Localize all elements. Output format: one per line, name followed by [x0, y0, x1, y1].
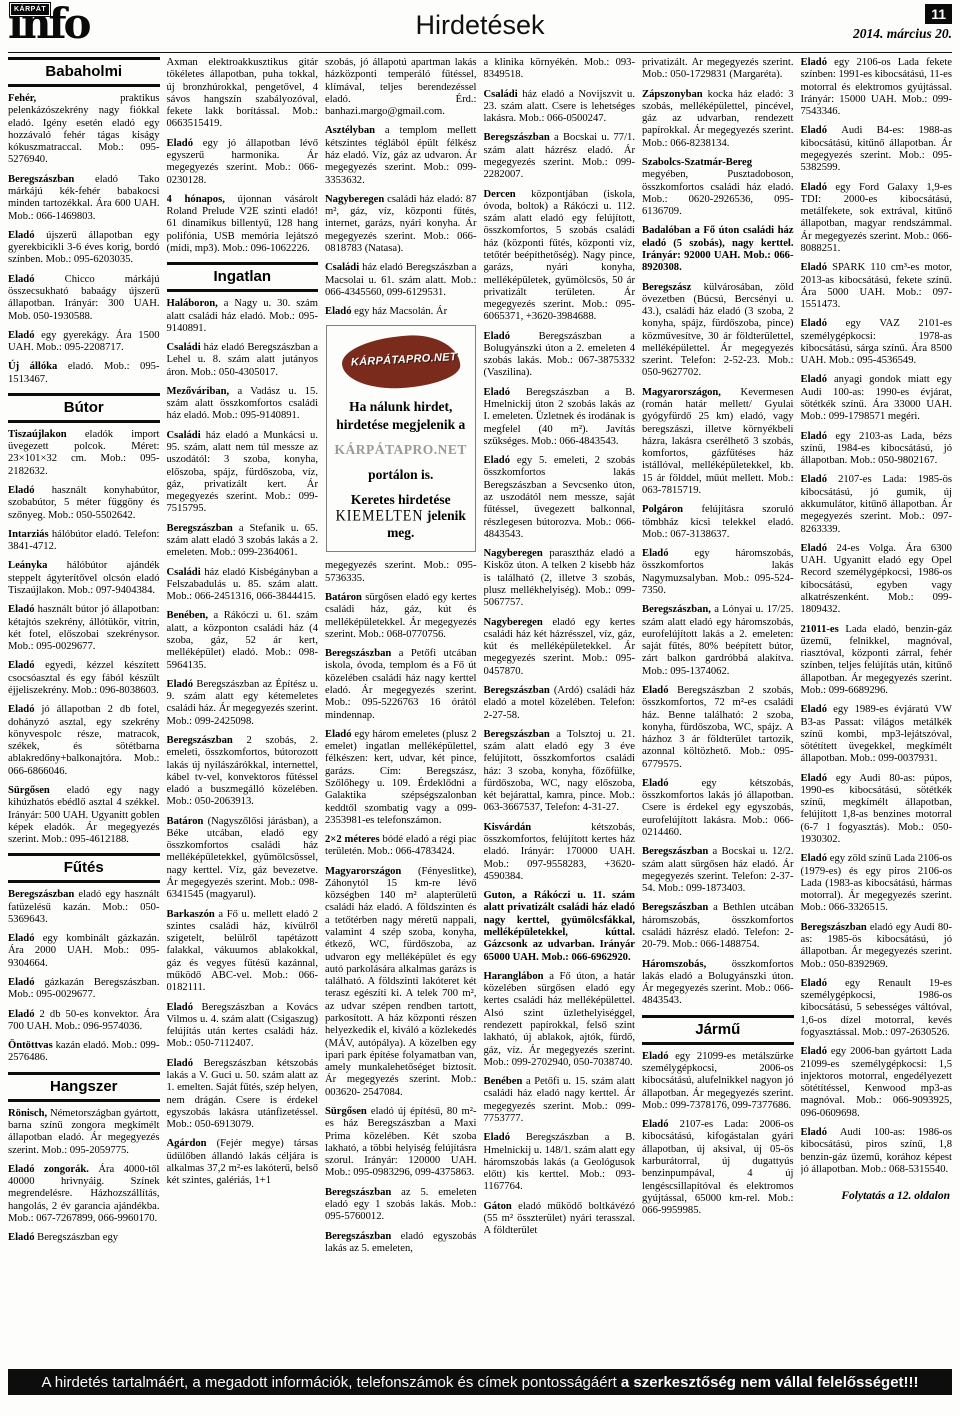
ad-lead-word: Haranglábon: [484, 971, 550, 982]
classified-ad: Badalóban a Fő úton családi ház eladó (5…: [642, 225, 794, 274]
classified-ad: Eladó egy háromszobás, összkomfortos lak…: [642, 548, 794, 597]
classified-ad: Sürgősen eladó egy nagy kihúzhatós ebédl…: [8, 785, 160, 846]
classified-ad: Nagyberegen családi ház eladó: 87 m², gá…: [325, 194, 477, 255]
ad-lead-word: Beregszászban: [167, 735, 247, 746]
classified-ad: Eladó egy zöld színű Lada 2106-os (1979-…: [801, 853, 953, 914]
column-6: Eladó egy 2106-os Lada fekete színben: 1…: [801, 57, 953, 1367]
ad-lead-word: Eladó: [325, 306, 354, 317]
classified-ad: Családi ház eladó Beregszászban a Lehel …: [167, 342, 319, 379]
classified-ad: Magyarországon (Fényeslitke), Záhonytól …: [325, 866, 477, 1099]
ad-lead-word: Eladó: [167, 1002, 202, 1013]
ad-lead-word: Eladó: [167, 679, 197, 690]
classified-ad: Eladó anyagi gondok miatt egy Audi 100-a…: [801, 374, 953, 423]
classified-ad: Beregszászban az 5. emeleten eladó egy 1…: [325, 1187, 477, 1224]
ad-lead-word: Eladó: [325, 729, 354, 740]
classified-ad: Axman elektroakkusztikus gitár tökéletes…: [167, 57, 319, 131]
ad-lead-word: Beregszászban: [8, 889, 78, 900]
classified-ad: Magyarországon, Kevermesen (román határ …: [642, 387, 794, 498]
classified-ad: Eladó 2107-es Lada: 2006-os kibocsátású,…: [642, 1119, 794, 1217]
header-right: 11 2014. március 20.: [782, 2, 952, 42]
classified-ad: a klinika környékén. Mob.: 093-8349518.: [484, 57, 636, 82]
ad-lead-word: Beregszászban: [484, 685, 554, 696]
promo-keretes-line1: Keretes hirdetése: [330, 492, 472, 508]
classified-ad: Öntöttvas kazán eladó. Mob.: 099-2576486…: [8, 1040, 160, 1065]
ad-lead-word: Beregszász: [642, 282, 704, 293]
ad-lead-word: Nagyberegen: [484, 548, 550, 559]
ad-lead-word: Eladó: [484, 387, 526, 398]
classified-ad: Eladó használt bútor jó állapotban: kéta…: [8, 604, 160, 653]
ad-lead-word: Nagyberegen: [484, 617, 553, 628]
column-1: BabaholmiFehér, praktikus pelenkázószekr…: [8, 57, 160, 1367]
classified-ad: Gáton eladó működő boltkávézó (55 m² öss…: [484, 1201, 636, 1238]
classified-ad: Eladó Beregszászban egy: [8, 1232, 160, 1244]
classified-ad: Eladó használt konyhabútor, szobabútor, …: [8, 485, 160, 522]
classified-ad: Eladó Beregszászban a Kovács Vilmos u. 4…: [167, 1002, 319, 1051]
section-header-fts: Fűtés: [8, 853, 160, 883]
classified-ad: Eladó Beregszászban az Építész u. 9. szá…: [167, 679, 319, 728]
ad-lead-word: Eladó: [484, 1132, 526, 1143]
promo-kiemelten: KIEMELTEN: [336, 508, 424, 526]
promo-portal-line: portálon is.: [330, 467, 472, 483]
ad-lead-word: Barkaszón: [167, 909, 219, 920]
classified-ad: Eladó SPARK 110 cm³-es motor, 2013-as ki…: [801, 262, 953, 311]
page-title: Hirdetések: [178, 2, 782, 41]
classified-ad: Nagyberegen eladó egy kertes családi ház…: [484, 617, 636, 678]
ad-lead-word: Eladó: [8, 933, 43, 944]
continuation-note: Folytatás a 12. oldalon: [801, 1190, 953, 1202]
classified-ad: szobás, jó állapotú apartman lakás házkö…: [325, 57, 477, 118]
classified-ad: Beregszászban a Stefanik u. 65. szám ala…: [167, 523, 319, 560]
classified-ad: Eladó egy 1989-es évjáratú VW B3-as Pass…: [801, 704, 953, 765]
karpatapro-logo-text: KÁRPÁTAPRO.NET: [349, 351, 457, 369]
ad-lead-word: Dercen: [484, 189, 532, 200]
ad-lead-word: Beregszászban: [325, 1187, 401, 1198]
ad-lead-word: Eladó zongorák.: [8, 1164, 98, 1175]
ad-lead-word: Eladó: [642, 1119, 680, 1130]
classified-ad: Beregszászban eladó Tako márkájú kék-feh…: [8, 174, 160, 223]
ad-lead-word: Eladó: [801, 125, 842, 136]
ad-lead-word: Eladó: [167, 138, 203, 149]
ad-lead-word: Családi: [167, 430, 206, 441]
classified-ad: Beregszászban a Petőfi utcában iskola, ó…: [325, 648, 477, 722]
disclaimer-bar: A hirdetés tartalmáért, a megadott infor…: [8, 1369, 952, 1395]
classified-ad: Eladó egy három emeletes (plusz 2 emelet…: [325, 729, 477, 827]
classified-ad: Eladó Audi 100-as: 1986-os kibocsátású, …: [801, 1127, 953, 1176]
ad-lead-word: Leányka: [8, 560, 67, 571]
promo-headline: Ha nálunk hirdet,hirdetése megjelenik a: [330, 398, 472, 433]
classified-ad: Agárdon (Fejér megye) társas üdülőben ál…: [167, 1138, 319, 1187]
ad-lead-word: Sürgősen: [8, 785, 67, 796]
classified-ad: Új állóka eladó. Mob.: 095-1513467.: [8, 361, 160, 386]
ad-lead-word: Guton,: [484, 890, 522, 901]
classified-ad: Eladó egy Audi 80-as: púpos, 1990-es kib…: [801, 773, 953, 847]
classified-ad: Eladó egy 21099-es metálszürke személygé…: [642, 1051, 794, 1112]
ad-lead-word: Eladó: [801, 1127, 840, 1138]
ad-lead-word: Intarziás: [8, 529, 52, 540]
ad-lead-word: Családi: [484, 89, 523, 100]
classified-ad: Családi ház eladó a Munkácsi u. 95. szám…: [167, 430, 319, 516]
classified-ad: Fehér, praktikus pelenkázószekrény nagy …: [8, 93, 160, 167]
classified-ad: Eladó egy 5. emeleti, 2 szobás összkomfo…: [484, 455, 636, 541]
classified-ad: Családi ház eladó a Novijszvit u. 23. sz…: [484, 89, 636, 126]
ad-lead-word: Eladó: [167, 1058, 204, 1069]
ad-lead-word: Beregszászban: [484, 729, 557, 740]
classified-ad: Eladó egy kombinált gázkazán. Ára 2000 U…: [8, 933, 160, 970]
ad-lead-word: Eladó: [801, 374, 834, 385]
classified-ad: Beregszászban eladó egyszobás lakás az 5…: [325, 1231, 477, 1256]
ad-lead-word: Öntöttvas: [8, 1040, 56, 1051]
ad-lead-word: Eladó: [8, 485, 52, 496]
classified-ad: 21011-es Lada eladó, benzin-gáz üzemű, f…: [801, 624, 953, 698]
classified-ad: Dercen központjában (iskola, óvoda, bolt…: [484, 189, 636, 324]
classified-ad: Eladó Beregszászban kétszobás lakás a V.…: [167, 1058, 319, 1132]
classified-ad: Zápszonyban kocka ház eladó: 3 szobás, m…: [642, 89, 794, 150]
classified-ad: Beregszászban a Bocskai u. 77/1. szám al…: [484, 132, 636, 181]
ad-lead-word: Eladó: [8, 604, 38, 615]
disclaimer-text: A hirdetés tartalmáért, a megadott infor…: [41, 1374, 620, 1391]
classified-ad: Eladó egyedi, kézzel készített csocsóasz…: [8, 660, 160, 697]
section-header-hangszer: Hangszer: [8, 1072, 160, 1102]
classified-ad: Eladó Beregszászban a Bolugyánszki úton …: [484, 331, 636, 380]
classified-ad: Beregszászban, a Lónyai u. 17/25. szám a…: [642, 604, 794, 678]
page-number: 11: [925, 4, 952, 24]
promo-keretes-line2: KIEMELTEN jelenik meg.: [330, 508, 472, 542]
ad-lead-word: Eladó: [642, 778, 701, 789]
classified-ad: Batáron (Nagyszőlősi járásban), a Béke u…: [167, 816, 319, 902]
ad-lead-word: Szabolcs-Szatmár-Bereg: [642, 157, 752, 168]
ad-lead-word: Polgáron: [642, 504, 701, 515]
classified-ad: Eladó zongorák. Ára 4000-től 40000 hrivn…: [8, 1164, 160, 1225]
classified-ad: Eladó újszerű állapotban egy gyerekbicik…: [8, 230, 160, 267]
ad-lead-word: 2×2 méteres: [325, 834, 383, 845]
column-3: szobás, jó állapotú apartman lakás házkö…: [325, 57, 477, 1367]
classified-ad: Eladó Audi B4-es: 1988-as kibocsátású, k…: [801, 125, 953, 174]
ad-lead-word: Eladó: [801, 474, 839, 485]
ad-lead-word: Asztélyban: [325, 125, 385, 136]
classified-ad: megegyezés szerint. Mob.: 095-5736335.: [325, 560, 477, 585]
ad-lead-word: Eladó: [801, 853, 830, 864]
ad-lead-word: Eladó: [642, 1051, 675, 1062]
disclaimer-bold: a szerkesztőség nem vállal felelősséget!…: [621, 1374, 919, 1391]
classifieds-columns: BabaholmiFehér, praktikus pelenkázószekr…: [8, 53, 952, 1367]
ad-lead-word: Beregszászban: [325, 648, 399, 659]
classified-ad: Tiszaújlakon eladók import üvegezett pol…: [8, 429, 160, 478]
ad-lead-word: Magyarországon,: [642, 387, 741, 398]
karpatapro-promo-box: KÁRPÁTAPRO.NETHa nálunk hirdet,hirdetése…: [326, 325, 476, 552]
classified-ad: 4 hónapos, újonnan vásárolt Roland Prelu…: [167, 194, 319, 255]
classified-ad: Eladó Chicco márkájú összecsukható babaá…: [8, 274, 160, 323]
ad-lead-word: Családi: [167, 567, 205, 578]
classified-ad: Háromszobás, összkomfortos lakás eladó a…: [642, 959, 794, 1008]
ad-lead-word: Batáron: [167, 816, 208, 827]
ad-lead-word: Sürgősen: [325, 1106, 371, 1117]
column-2: Axman elektroakkusztikus gitár tökéletes…: [167, 57, 319, 1367]
classified-ad: Eladó 2107-es Lada: 1985-ös kibocsátású,…: [801, 474, 953, 535]
classified-ad: Beregszászban a Tolsztoj u. 21. szám ala…: [484, 729, 636, 815]
classified-ad: Eladó Beregszászban a B. Hmelnickij u. 1…: [484, 1132, 636, 1193]
ad-lead-word: Eladó: [8, 977, 45, 988]
ad-lead-word: Agárdon: [167, 1138, 217, 1149]
classified-ad: Eladó egy 2103-as Lada, bézs színű, 1984…: [801, 431, 953, 468]
classified-ad: Barkaszón a Fő u. mellett eladó 2 szinte…: [167, 909, 319, 995]
classified-ad: Családi ház eladó Beregszászban a Macsol…: [325, 262, 477, 299]
classified-ad: Eladó Beregszászban 2 szobás, összkomfor…: [642, 685, 794, 771]
karpatinfo-logo: info KÁRPÁT: [8, 2, 178, 44]
classified-ad: Polgáron felújításra szoruló tömbház kic…: [642, 504, 794, 541]
ad-lead-word: Mezőváriban,: [167, 386, 238, 397]
ad-lead-word: Benében,: [167, 610, 214, 621]
ad-lead-word: Beregszászban: [484, 132, 555, 143]
issue-date: 2014. március 20.: [782, 26, 952, 42]
classified-ad: Beregszászban eladó egy használt fatüzel…: [8, 889, 160, 926]
ad-lead-word: Eladó: [8, 274, 65, 285]
classified-ad: Asztélyban a templom mellett kétszintes …: [325, 125, 477, 186]
classified-ad: Családi ház eladó Kisbégányban a Felszab…: [167, 567, 319, 604]
classified-ad: Eladó egy 2006-ban gyártott Lada 21099-e…: [801, 1046, 953, 1120]
classified-ad: Eladó egy jó állapotban lévő egyszerű ha…: [167, 138, 319, 187]
classified-ad: Eladó egy 2106-os Lada fekete színben: 1…: [801, 57, 953, 118]
classified-ad: Intarziás hálóbútor eladó. Telefon: 3841…: [8, 529, 160, 554]
classified-ad: Beregszászban (Ardó) családi ház eladó a…: [484, 685, 636, 722]
classified-ad: Eladó Beregszászban a B. Hmelnickij úton…: [484, 387, 636, 448]
classified-ad: Haláboron, a Nagy u. 30. szám alatt csal…: [167, 298, 319, 335]
ad-lead-word: Eladó: [801, 1046, 831, 1057]
classified-ad: Rönisch, Németországban gyártott, barna …: [8, 1108, 160, 1157]
ad-lead-word: Beregszászban,: [642, 604, 714, 615]
ad-lead-word: 4 hónapos,: [167, 194, 238, 205]
ad-lead-word: 21011-es: [801, 624, 846, 635]
ad-lead-word: Beregszászban: [8, 174, 95, 185]
ad-lead-word: Rönisch,: [8, 1108, 50, 1119]
ad-lead-word: Eladó: [801, 318, 846, 329]
ad-lead-word: Eladó: [8, 1009, 40, 1020]
ad-lead-word: Családi: [325, 262, 362, 273]
ad-lead-word: Magyarországon: [325, 866, 418, 877]
ad-lead-word: Beregszászban: [167, 523, 239, 534]
classified-ad: Haranglábon a Fő úton, a határ közelében…: [484, 971, 636, 1069]
ad-lead-word: Beregszászban: [801, 922, 870, 933]
classified-ad: Nagyberegen parasztház eladó a Kisköz út…: [484, 548, 636, 609]
promo-site-name: KÁRPÁTAPRO.NET: [330, 442, 472, 458]
ad-lead-word: Eladó: [801, 704, 834, 715]
ad-lead-word: Eladó: [801, 182, 836, 193]
classified-ad: Benében, a Rákóczi u. 61. szám alatt, a …: [167, 610, 319, 671]
classified-ad: Guton, a Rákóczi u. 11. szám alatt priva…: [484, 890, 636, 964]
classified-ad: Beregszászban a Bocskai u. 12/2. szám al…: [642, 846, 794, 895]
ad-lead-word: Új állóka: [8, 361, 68, 372]
ad-lead-word: Tiszaújlakon: [8, 429, 85, 440]
ad-lead-word: Eladó: [484, 331, 539, 342]
section-header-btor: Bútor: [8, 393, 160, 423]
ad-lead-word: Kisvárdán: [484, 822, 592, 833]
ad-lead-word: Családi: [167, 342, 204, 353]
classified-ad: Beregszászban a Bethlen utcában háromszo…: [642, 902, 794, 951]
ad-lead-word: Eladó: [801, 978, 845, 989]
ad-lead-word: Eladó: [801, 431, 836, 442]
ad-lead-word: Haláboron,: [167, 298, 224, 309]
ad-lead-word: Eladó: [8, 704, 41, 715]
ad-lead-word: Nagyberegen: [325, 194, 387, 205]
classified-ad: privatizált. Ár megegyezés szerint. Mob.…: [642, 57, 794, 82]
classified-ad: Eladó egy kétszobás, összkomfortos lakás…: [642, 778, 794, 839]
newspaper-page: info KÁRPÁT Hirdetések 11 2014. március …: [4, 0, 956, 1412]
classified-ad: Benében a Petőfi u. 15. szám alatt csalá…: [484, 1076, 636, 1125]
column-5: privatizált. Ár megegyezés szerint. Mob.…: [642, 57, 794, 1367]
section-header-jrm: Jármű: [642, 1015, 794, 1045]
karpatapro-map-logo: KÁRPÁTAPRO.NET: [340, 333, 461, 391]
classified-ad: Batáron sürgősen eladó egy kertes család…: [325, 592, 477, 641]
ad-lead-word: Benében: [484, 1076, 526, 1087]
ad-lead-word: Eladó: [801, 262, 833, 273]
classified-ad: 2×2 méteres bódé eladó a régi piac terül…: [325, 834, 477, 859]
ad-lead-word: Eladó: [801, 543, 837, 554]
classified-ad: Eladó 2 db 50-es konvektor. Ára 700 UAH.…: [8, 1009, 160, 1034]
ad-lead-word: Eladó: [642, 548, 694, 559]
ad-lead-word: Eladó: [801, 57, 835, 68]
classified-ad: Eladó jó állapotban 2 db fotel, dohányzó…: [8, 704, 160, 778]
classified-ad: Sürgősen eladó új építésű, 80 m²-es ház …: [325, 1106, 477, 1180]
classified-ad: Beregszászban eladó egy Audi 80-as: 1985…: [801, 922, 953, 971]
section-header-ingatlan: Ingatlan: [167, 262, 319, 292]
classified-ad: Mezőváriban, a Vadász u. 15. szám alatt …: [167, 386, 319, 423]
ad-lead-word: Beregszászban: [642, 902, 713, 913]
classified-ad: Kisvárdán kétszobás, összkomfortos, felú…: [484, 822, 636, 883]
classified-ad: Eladó egy Renault 19-es személygépkocsi,…: [801, 978, 953, 1039]
ad-lead-word: Háromszobás,: [642, 959, 732, 970]
ad-lead-word: Eladó: [8, 330, 41, 341]
classified-ad: Eladó 24-es Volga. Ára 6300 UAH. Ugyanit…: [801, 543, 953, 617]
column-4: a klinika környékén. Mob.: 093-8349518.C…: [484, 57, 636, 1367]
classified-ad: Eladó egy VAZ 2101-es személygépkocsi: 1…: [801, 318, 953, 367]
classified-ad: Szabolcs-Szatmár-Bereg megyében, Pusztad…: [642, 157, 794, 218]
page-header: info KÁRPÁT Hirdetések 11 2014. március …: [8, 2, 952, 53]
ad-lead-word: Eladó: [8, 230, 46, 241]
ad-lead-word: Eladó: [8, 660, 45, 671]
ad-lead-word: Batáron: [325, 592, 365, 603]
ad-lead-word: Eladó: [8, 1232, 37, 1243]
ad-lead-word: Beregszászban: [325, 1231, 401, 1242]
ad-lead-word: Fehér,: [8, 93, 120, 104]
classified-ad: Eladó egy Ford Galaxy 1,9-es TDI: 2000-e…: [801, 182, 953, 256]
classified-ad: Beregszászban 2 szobás, 2. emeleti, össz…: [167, 735, 319, 809]
ad-lead-word: Eladó: [642, 685, 677, 696]
classified-ad: Eladó egy gyerekágy. Ára 1500 UAH. Mob.:…: [8, 330, 160, 355]
ad-lead-word: Gáton: [484, 1201, 519, 1212]
classified-ad: Beregszász külvárosában, zöld övezetben …: [642, 282, 794, 380]
section-header-babaholmi: Babaholmi: [8, 57, 160, 87]
classified-ad: Eladó gázkazán Beregszászban. Mob.: 095-…: [8, 977, 160, 1002]
ad-lead-word: Badalóban: [642, 225, 694, 236]
logo-badge: KÁRPÁT: [10, 3, 50, 16]
classified-ad: Eladó egy ház Macsolán. Ár: [325, 306, 477, 318]
ad-lead-word: Eladó: [484, 455, 517, 466]
ad-lead-word: Beregszászban: [642, 846, 713, 857]
ad-lead-word: Eladó: [801, 773, 836, 784]
classified-ad: Leányka hálóbútor ajándék steppelt ágyte…: [8, 560, 160, 597]
ad-lead-word: Zápszonyban: [642, 89, 708, 100]
